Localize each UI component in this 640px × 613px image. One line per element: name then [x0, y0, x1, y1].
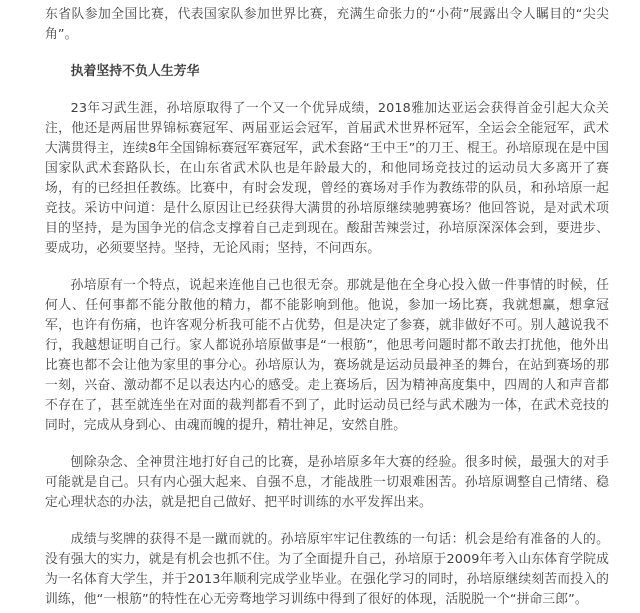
paragraph-study-and-training: 成绩与奖牌的获得不是一蹴而就的。孙培原牢牢记住教练的一句话：机会是给有准备的人的… [45, 530, 609, 610]
article-page: 东省队参加全国比赛，代表国家队参加世界比赛，充满生命张力的“小荷”展露出令人瞩目… [0, 0, 640, 613]
section-heading: 执着坚持不负人生芳华 [45, 62, 609, 82]
intro-paragraph-fragment: 东省队参加全国比赛，代表国家队参加世界比赛，充满生命张力的“小荷”展露出令人瞩目… [45, 5, 609, 45]
paragraph-competition-experience: 刨除杂念、全神贯注地打好自己的比赛，是孙培原多年大赛的经验。很多时候，最强大的对… [45, 453, 609, 513]
paragraph-focus-trait: 孙培原有一个特点，说起来连他自己也很无奈。那就是他在全身心投入做一件事情的时候，… [45, 276, 609, 436]
paragraph-achievements: 23年习武生涯，孙培原取得了一个又一个优异成绩，2018雅加达亚运会获得首金引起… [45, 99, 609, 259]
